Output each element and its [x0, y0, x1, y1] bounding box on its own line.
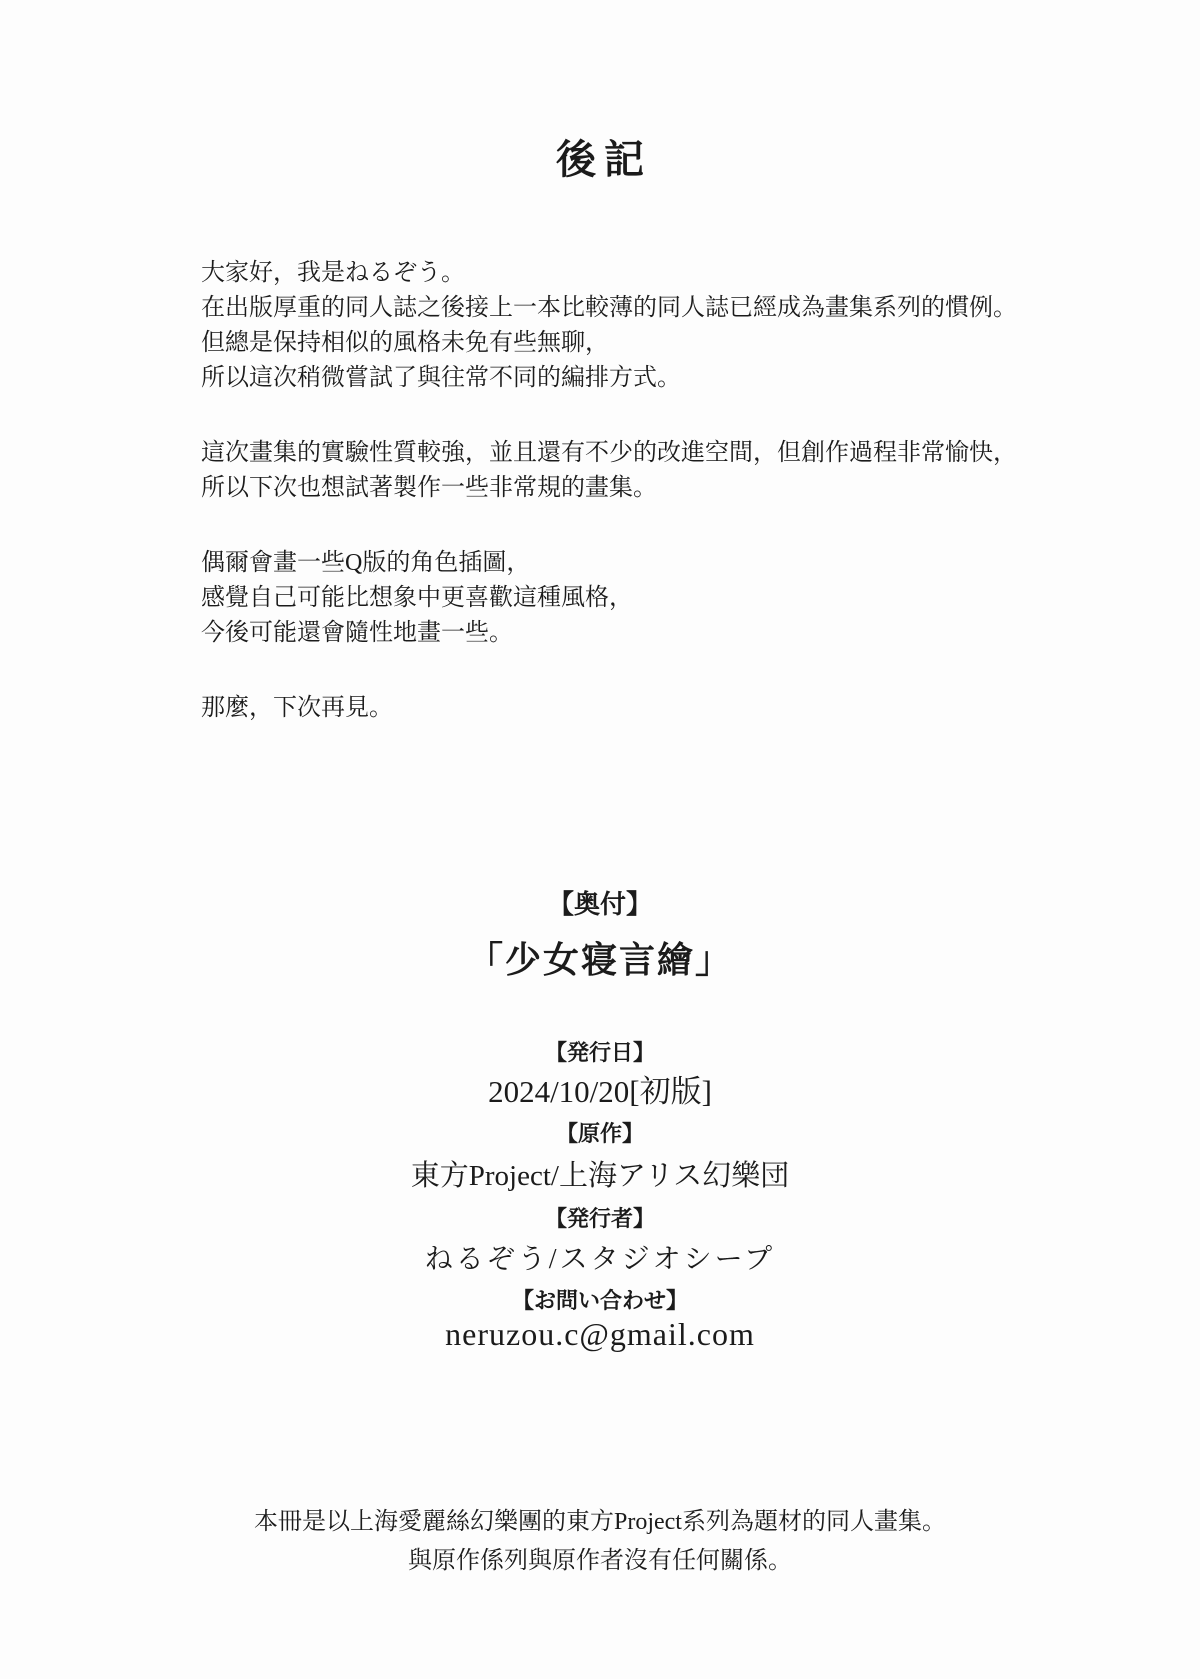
afterword-page: 後記 大家好，我是ねるぞう。 在出版厚重的同人誌之後接上一本比較薄的同人誌已經成…	[0, 0, 1200, 1679]
afterword-body: 大家好，我是ねるぞう。 在出版厚重的同人誌之後接上一本比較薄的同人誌已經成為畫集…	[201, 256, 1141, 766]
afterword-line: 這次畫集的實驗性質較強，並且還有不少的改進空間，但創作過程非常愉快，	[201, 436, 1141, 471]
book-title: 「少女寝言繪」	[0, 932, 1200, 983]
afterword-line: 偶爾會畫一些Q版的角色插圖，	[201, 546, 1141, 581]
afterword-line: 但總是保持相似的風格未免有些無聊，	[201, 326, 1141, 361]
afterword-paragraph: 這次畫集的實驗性質較強，並且還有不少的改進空間，但創作過程非常愉快， 所以下次也…	[201, 436, 1141, 506]
afterword-line: 今後可能還會隨性地畫一些。	[201, 616, 1141, 651]
disclaimer-line: 本冊是以上海愛麗絲幻樂團的東方Project系列為題材的同人畫集。	[0, 1501, 1200, 1536]
colophon-value-publisher: ねるぞう/スタジオシープ	[0, 1237, 1200, 1277]
afterword-paragraph: 那麼，下次再見。	[201, 691, 1141, 726]
colophon-value-contact-email: neruzou.c@gmail.com	[0, 1316, 1200, 1353]
afterword-line: 所以下次也想試著製作一些非常規的畫集。	[201, 471, 1141, 506]
afterword-paragraph: 偶爾會畫一些Q版的角色插圖， 感覺自己可能比想象中更喜歡這種風格， 今後可能還會…	[201, 546, 1141, 651]
disclaimer-line: 與原作係列與原作者沒有任何關係。	[0, 1540, 1200, 1575]
afterword-line: 感覺自己可能比想象中更喜歡這種風格，	[201, 581, 1141, 616]
page-title: 後記	[0, 128, 1200, 185]
afterword-closing-line: 那麼，下次再見。	[201, 691, 1141, 726]
afterword-line: 所以這次稍微嘗試了與往常不同的編排方式。	[201, 361, 1141, 396]
colophon-label-release-date: 【発行日】	[0, 1036, 1200, 1067]
afterword-line: 在出版厚重的同人誌之後接上一本比較薄的同人誌已經成為畫集系列的慣例。	[201, 291, 1141, 326]
colophon-label-contact: 【お問い合わせ】	[0, 1284, 1200, 1315]
colophon-label-original-work: 【原作】	[0, 1117, 1200, 1148]
colophon-label-publisher: 【発行者】	[0, 1202, 1200, 1233]
afterword-line: 大家好，我是ねるぞう。	[201, 256, 1141, 291]
colophon-section-label: 【奥付】	[0, 884, 1200, 921]
colophon-value-release-date: 2024/10/20[初版]	[0, 1066, 1200, 1111]
colophon-value-original-work: 東方Project/上海アリス幻樂団	[0, 1153, 1200, 1194]
afterword-paragraph: 大家好，我是ねるぞう。 在出版厚重的同人誌之後接上一本比較薄的同人誌已經成為畫集…	[201, 256, 1141, 396]
